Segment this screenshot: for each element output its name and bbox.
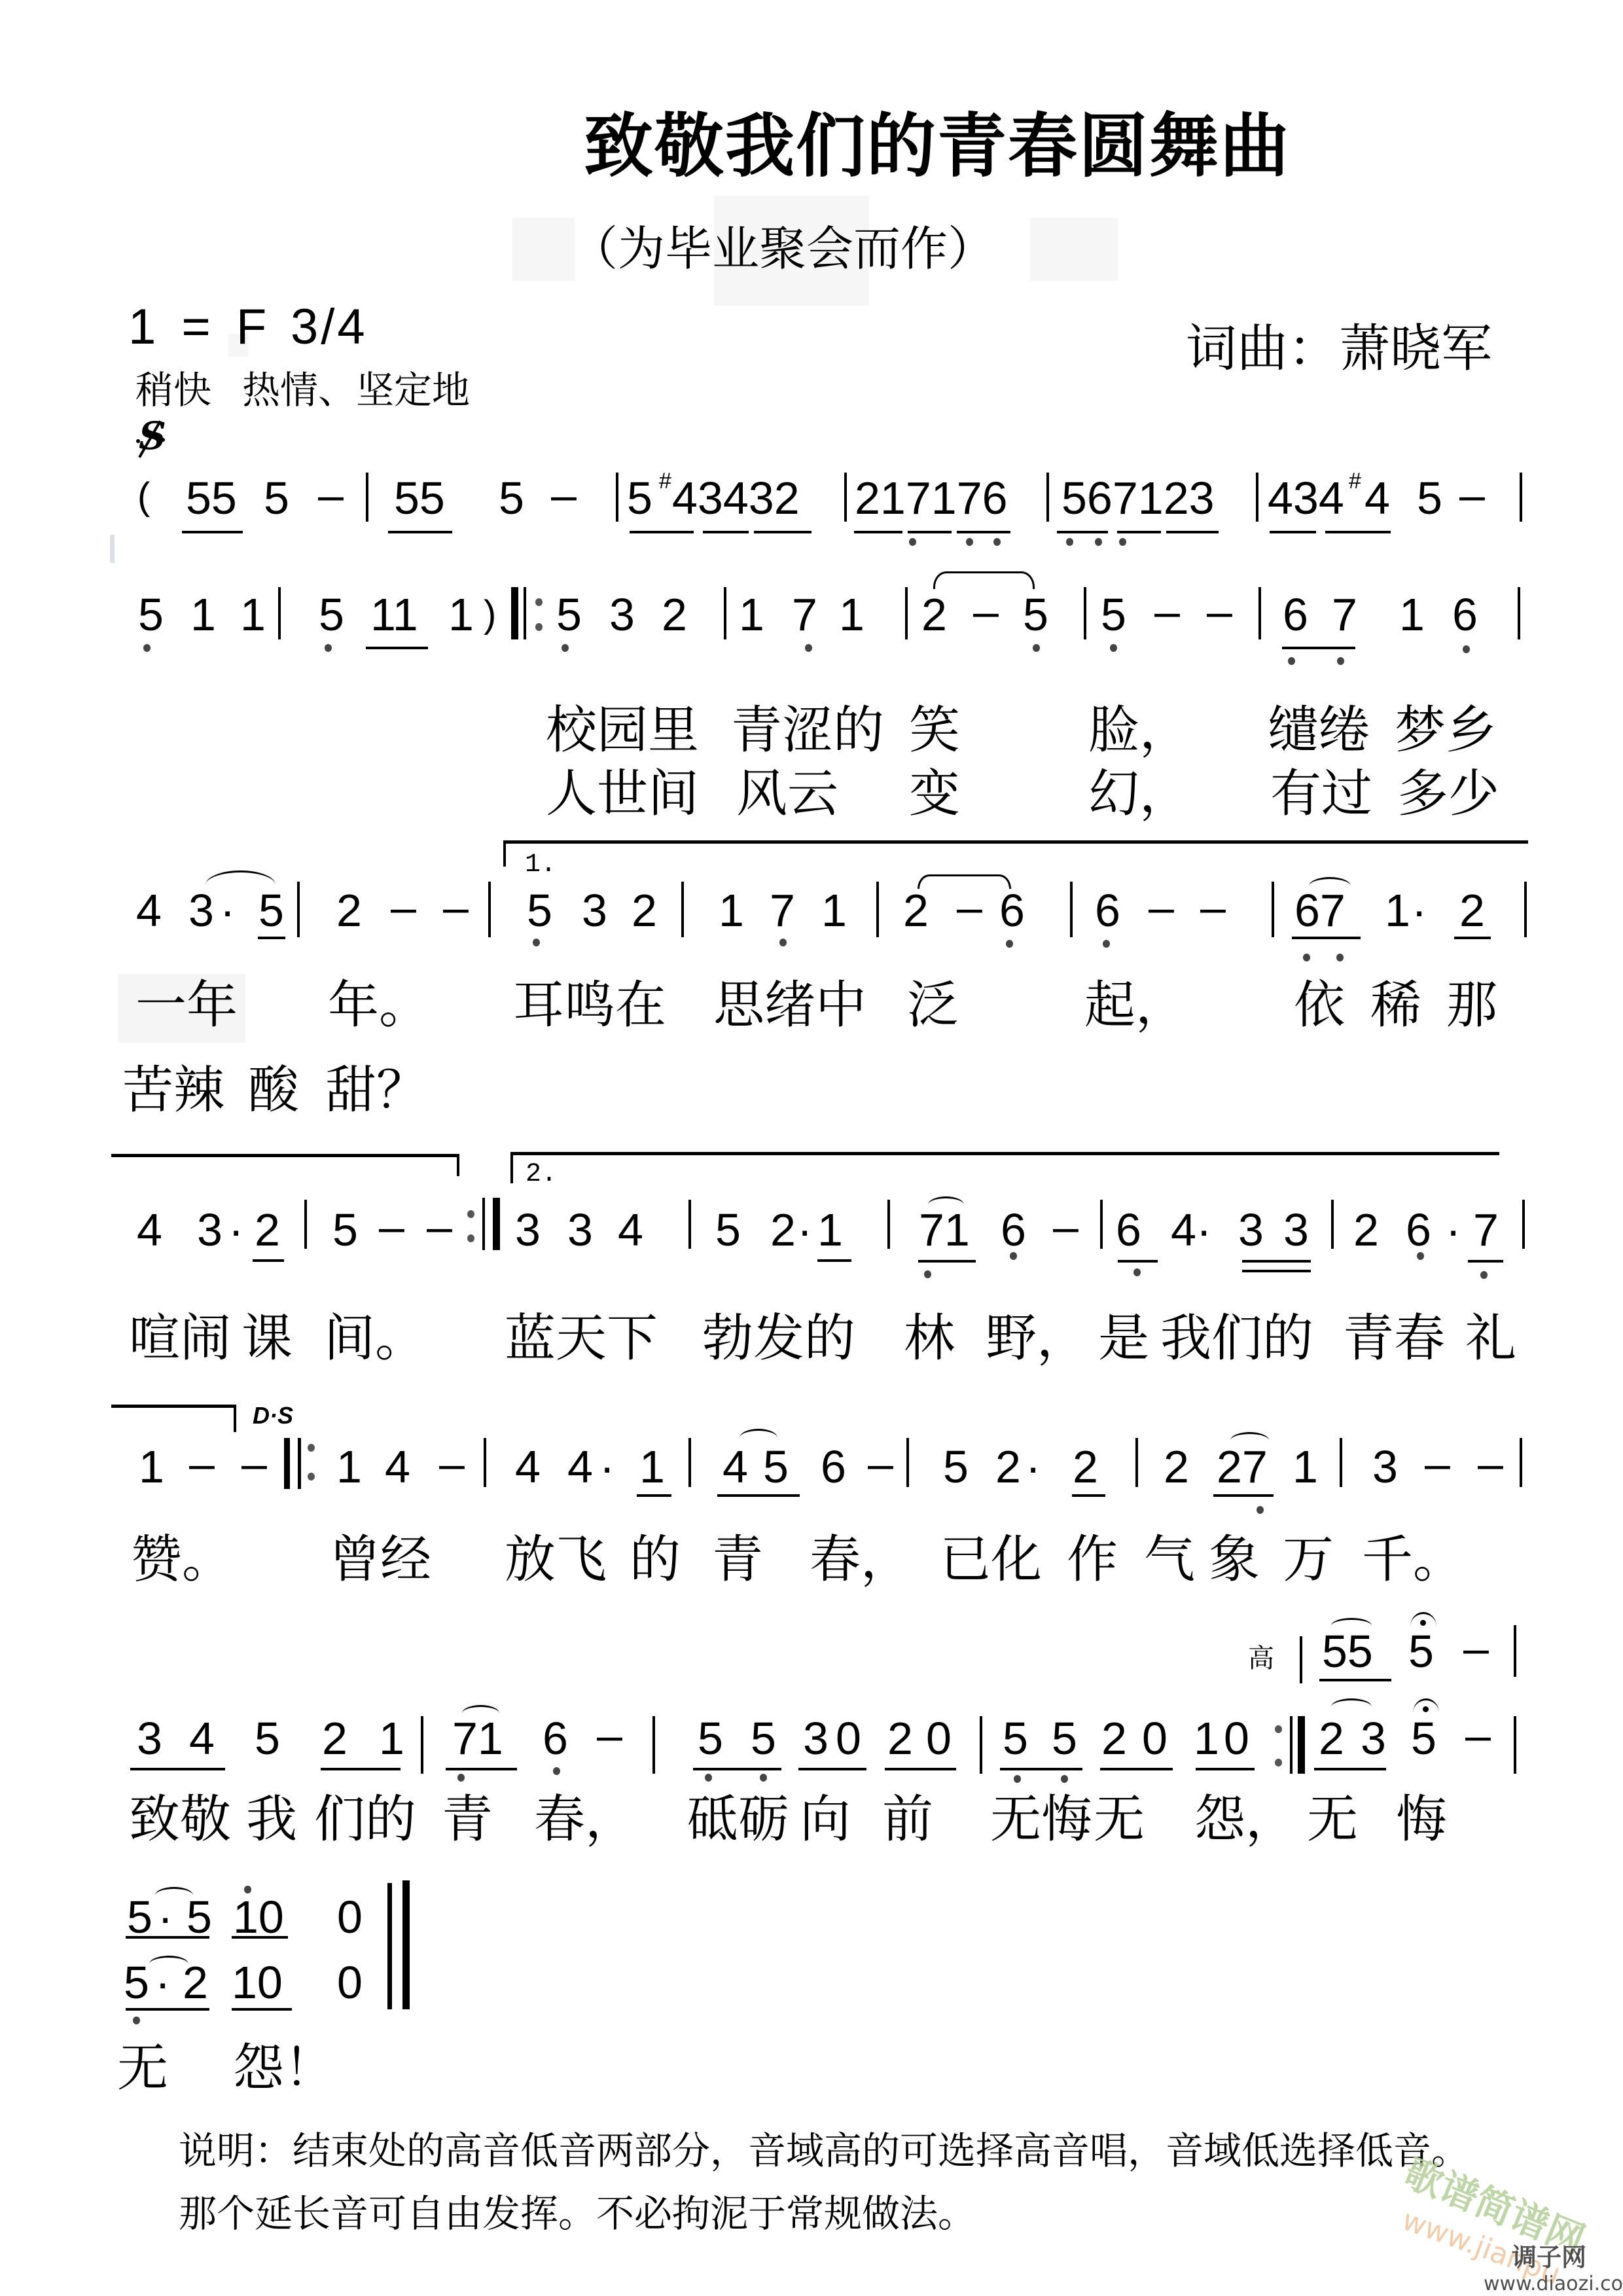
lyric: 砥砺: [687, 1794, 789, 1845]
note: 7: [1332, 592, 1357, 637]
lyric: 青: [712, 1534, 763, 1585]
lyric: 放飞: [505, 1534, 607, 1585]
note: 1: [639, 1444, 665, 1490]
bar-line: [681, 882, 684, 937]
low-octave-dot: [533, 939, 540, 946]
bar-line: [980, 1716, 982, 1774]
lyric: 那: [1446, 980, 1497, 1031]
repeat-dot: [535, 623, 543, 631]
note-group: 434: [1268, 475, 1344, 521]
low-octave-dot: [1095, 538, 1102, 546]
note: 2: [903, 888, 929, 933]
repeat-end-thin-bar: [482, 1198, 485, 1250]
note: 3: [1361, 1715, 1386, 1761]
note: 2: [632, 888, 657, 933]
sustain-dash: –: [973, 588, 999, 634]
note: 5: [1411, 1715, 1436, 1761]
low-octave-dot: [1110, 644, 1117, 652]
beam-underline: [637, 1494, 671, 1497]
sustain-dash: –: [1053, 1204, 1079, 1249]
bar-line: [876, 882, 879, 937]
note: 1: [1385, 888, 1410, 933]
note: 3: [1238, 1207, 1264, 1253]
bar-line: [1340, 1438, 1342, 1487]
lyric: 苦辣: [122, 1065, 224, 1116]
bar-line: [1272, 882, 1274, 937]
paren-close: ): [484, 596, 496, 634]
sustain-dash: –: [1207, 588, 1232, 634]
tie-arc: [918, 874, 1011, 889]
sustain-dash: –: [1463, 1625, 1489, 1671]
beam-underline: [1242, 1260, 1311, 1263]
lyric: 甜？: [325, 1065, 427, 1116]
lyric: 间。: [324, 1313, 426, 1364]
lyric: 起，: [1084, 980, 1186, 1031]
note-group: 567123: [1061, 475, 1215, 521]
repeat-dot: [467, 1234, 474, 1242]
lyric: 勃发的: [702, 1313, 855, 1364]
bar-line: [1514, 1716, 1516, 1774]
segno-icon: [135, 421, 165, 457]
low-octave-dot: [1066, 538, 1073, 546]
note-group: 43432: [672, 475, 800, 521]
bar-line: [905, 587, 908, 639]
rest: 0: [337, 1894, 363, 1940]
note: 2: [995, 1444, 1021, 1490]
low-octave-dot: [966, 538, 973, 546]
note: 4: [1171, 1207, 1196, 1253]
lyric: 喧闹: [129, 1313, 231, 1364]
note: 1: [719, 888, 744, 933]
lyric: 梦乡: [1395, 705, 1497, 756]
bar-line: [1524, 882, 1527, 937]
low-octave-dot: [1014, 1775, 1021, 1783]
note: 5: [1003, 1715, 1028, 1761]
note: 2: [921, 592, 947, 637]
low-octave-dot: [1257, 1506, 1264, 1514]
note: 5: [527, 888, 552, 933]
lyric: 一年: [135, 980, 238, 1031]
repeat-dot: [535, 598, 543, 606]
note: 3: [197, 1207, 223, 1253]
repeat-end-thick-bar: [493, 1198, 500, 1250]
beam-underline: [1292, 937, 1361, 939]
note: 4: [137, 1207, 162, 1253]
note: 7: [1473, 1207, 1499, 1253]
lyric: 无: [117, 2043, 168, 2094]
note: 2: [770, 1207, 796, 1253]
slur-arc: [740, 1429, 777, 1438]
note: 2: [336, 888, 362, 933]
note: 5: [255, 1715, 280, 1761]
sustain-dash: –: [1459, 472, 1485, 518]
low-octave-dot: [924, 1270, 931, 1278]
lyric: 笑: [909, 705, 960, 756]
lyric: 我: [246, 1794, 297, 1845]
lyric: 春，: [534, 1794, 636, 1845]
lyric: 校园里: [546, 705, 699, 756]
augmentation-dot: ·: [599, 1444, 615, 1490]
beam-underline: [1468, 1260, 1503, 1263]
slur-arc: [928, 1196, 964, 1205]
low-octave-dot: [779, 939, 787, 946]
sustain-dash: –: [427, 1204, 452, 1249]
beam-underline: [754, 531, 811, 533]
note-group: 71: [452, 1715, 503, 1761]
fermata-icon: [1413, 1698, 1439, 1713]
note: 5: [259, 888, 284, 933]
beam-underline: [1100, 1768, 1173, 1770]
note: 55: [394, 475, 445, 521]
repeat-dot: [308, 1444, 315, 1452]
lyric: 万: [1283, 1534, 1334, 1585]
lyric: 耳鸣在: [513, 980, 666, 1031]
rest: 0: [1142, 1715, 1168, 1761]
lyric: 泛: [907, 980, 958, 1031]
note: 5: [187, 1894, 212, 1940]
beam-underline: [258, 937, 285, 939]
bar-line: [1084, 587, 1086, 639]
low-octave-dot: [705, 1774, 712, 1782]
beam-underline: [918, 1260, 976, 1263]
sustain-dash: –: [443, 884, 469, 930]
sustain-dash: –: [1154, 588, 1180, 634]
lyric: 青涩的: [731, 705, 884, 756]
slur-arc: [205, 870, 276, 885]
slur-arc: [1230, 1432, 1269, 1441]
beam-underline: [1270, 531, 1316, 533]
bar-line: [906, 1438, 909, 1487]
explanation-line-1: 说明：结束处的高音低音两部分，音域高的可选择高音唱，音域低选择低音。: [179, 2132, 1469, 2170]
low-octave-dot: [993, 538, 1001, 546]
volta-1-bracket: [503, 840, 1528, 844]
repeat-start-thick-bar: [511, 587, 518, 639]
augmentation-dot: ·: [1026, 1444, 1041, 1490]
lyric: 礼: [1465, 1313, 1516, 1364]
note: 1: [190, 592, 216, 637]
low-octave-dot: [325, 644, 332, 652]
bar-line: [1518, 587, 1520, 639]
lyric: 多少: [1397, 768, 1499, 819]
note: 2: [1319, 1715, 1344, 1761]
note: 6: [999, 888, 1025, 933]
note: 1: [448, 592, 474, 637]
composer-credits: 词曲：萧晓军: [1186, 323, 1492, 374]
note: 3: [609, 592, 635, 637]
lyric: 的: [630, 1534, 681, 1585]
note: 5: [1023, 592, 1048, 637]
note: 5: [332, 1207, 358, 1253]
note: 2: [322, 1715, 348, 1761]
note: 6: [1452, 592, 1478, 637]
sustain-dash: –: [868, 1441, 893, 1486]
note: 2: [1353, 1207, 1379, 1253]
beam-underline: [1166, 531, 1219, 533]
low-octave-dot: [1119, 538, 1126, 546]
lyric: 是: [1098, 1313, 1149, 1364]
bar-line: [484, 1438, 486, 1487]
beam-underline: [253, 1259, 284, 1262]
beam-underline: [1196, 1768, 1255, 1770]
lyric: 象: [1209, 1534, 1260, 1585]
note: 2: [255, 1207, 280, 1253]
note: 5: [124, 1960, 149, 2005]
sustain-dash: –: [189, 1441, 215, 1486]
note: 4: [515, 1444, 541, 1490]
scan-artifact: [1030, 218, 1118, 281]
note: 3: [582, 888, 607, 933]
note-group: 11: [370, 592, 418, 637]
repeat-dot: [1275, 1725, 1282, 1733]
volta-1-label: 1.: [525, 852, 556, 878]
note: 3: [1372, 1444, 1398, 1490]
bar-line: [724, 587, 726, 639]
tie-arc: [933, 571, 1035, 589]
sharp-sign: #: [659, 470, 671, 492]
sustain-dash: –: [597, 1712, 622, 1758]
beam-underline: [1325, 531, 1391, 533]
note: 6: [1406, 1207, 1431, 1253]
lyric: 无悔: [990, 1794, 1092, 1845]
lyric: 气: [1144, 1534, 1195, 1585]
sustain-dash: –: [1465, 1712, 1491, 1758]
lyric: 春，: [810, 1534, 912, 1585]
note: 5: [499, 475, 524, 521]
repeat-start-thin-bar: [524, 587, 526, 639]
beam-underline: [446, 1768, 517, 1770]
note: 5: [1408, 1628, 1434, 1674]
bar-line: [297, 882, 300, 937]
low-octave-dot: [1337, 657, 1344, 665]
low-octave-dot: [1103, 940, 1110, 948]
slur-arc: [1331, 1698, 1372, 1707]
note: 1: [839, 592, 865, 637]
rest: 0: [1224, 1715, 1249, 1761]
scan-artifact: [512, 218, 575, 281]
fermata-icon: [1410, 1612, 1436, 1626]
note: 4: [618, 1207, 643, 1253]
note: 6: [1001, 1207, 1026, 1253]
volta-1-bracket-edge: [503, 840, 506, 867]
note: 5: [943, 1444, 969, 1490]
augmentation-dot: ·: [1196, 1207, 1211, 1253]
note: 7: [792, 592, 817, 637]
sustain-dash: –: [957, 884, 982, 930]
note: 2: [662, 592, 687, 637]
bar-line: [1300, 1636, 1302, 1683]
bar-line: [366, 473, 368, 522]
beam-underline: [1454, 937, 1491, 939]
note: 7: [770, 888, 795, 933]
lyric: 前: [882, 1794, 933, 1845]
beam-underline: [798, 1768, 866, 1770]
bar-line: [1331, 1200, 1334, 1249]
lyric: 无: [1307, 1794, 1358, 1845]
low-octave-dot: [1303, 954, 1310, 961]
note: 2: [887, 1715, 913, 1761]
paren-open: (: [137, 478, 150, 516]
lyric: 依: [1294, 980, 1345, 1031]
note: 2: [1164, 1444, 1189, 1490]
note: 3: [1283, 1207, 1309, 1253]
bar-line: [1256, 473, 1258, 522]
note-group: 67: [1294, 888, 1346, 933]
beam-underline: [1213, 1494, 1274, 1497]
lyric: 脸，: [1088, 705, 1190, 756]
repeat-start-thick-bar: [284, 1438, 290, 1489]
slur-arc: [1309, 877, 1351, 886]
expression-marking: 热情、坚定地: [242, 371, 470, 409]
note-group: 55: [1322, 1628, 1373, 1674]
note: 2: [1101, 1715, 1127, 1761]
note: 1: [240, 592, 266, 637]
beam-underline: [717, 1494, 800, 1497]
note: 3: [137, 1715, 162, 1761]
bar-line: [1100, 1200, 1103, 1249]
beam-underline: [1314, 1768, 1386, 1770]
lyric: 无: [1094, 1794, 1145, 1845]
sustain-dash: –: [318, 472, 344, 518]
bar-line: [1135, 1438, 1138, 1487]
repeat-end-thick-bar: [1298, 1716, 1305, 1774]
sustain-dash: –: [1478, 1441, 1503, 1486]
volta-2-bracket-edge: [510, 1152, 513, 1183]
beam-underline: [388, 531, 452, 533]
beam-underline: [703, 531, 749, 533]
note: 55: [186, 475, 237, 521]
augmentation-dot: ·: [155, 1960, 170, 2005]
beam-underline: [232, 2008, 292, 2011]
note: 5: [1052, 1715, 1077, 1761]
explanation-line-2: 那个延长音可自由发挥。不必拘泥于常规做法。: [179, 2195, 976, 2233]
low-octave-dot: [1336, 954, 1344, 961]
note: 6: [543, 1715, 568, 1761]
sharp-sign: #: [1349, 470, 1361, 492]
high-octave-dot: [244, 1886, 251, 1893]
note: 4: [385, 1444, 410, 1490]
augmentation-dot: ·: [220, 888, 235, 933]
lyric: 有过: [1270, 768, 1372, 819]
sustain-dash: –: [439, 1441, 465, 1486]
lyric: 思绪中: [713, 980, 866, 1031]
low-octave-dot: [1288, 657, 1295, 665]
bar-line: [688, 1200, 691, 1249]
low-octave-dot: [1133, 1268, 1141, 1276]
note-group: 217176: [855, 475, 1008, 521]
lyric: 幻，: [1088, 768, 1190, 819]
beam-underline: [817, 1259, 851, 1262]
volta-2-label: 2.: [526, 1162, 557, 1188]
note-group: 71: [919, 1207, 970, 1253]
bar-line: [1258, 587, 1261, 639]
beam-underline: [1057, 531, 1108, 533]
low-octave-dot: [562, 644, 569, 652]
note: 5: [715, 1207, 741, 1253]
lyric: 课: [241, 1313, 293, 1364]
augmentation-dot: ·: [228, 1207, 243, 1253]
note: 5: [264, 475, 289, 521]
note: 3: [567, 1207, 593, 1253]
low-octave-dot: [1480, 1271, 1488, 1279]
lyric: 向: [800, 1794, 851, 1845]
beam-underline: [366, 647, 428, 649]
note-group: 10: [232, 1960, 283, 2005]
bar-line: [488, 882, 491, 937]
bar-line: [887, 1200, 890, 1249]
bar-line: [421, 1716, 423, 1774]
page-title: 致敬我们的青春圆舞曲: [584, 112, 1291, 181]
beam-underline: [126, 1936, 209, 1939]
note: 1: [1293, 1444, 1318, 1490]
volta-1-bracket-edge: [457, 1154, 459, 1176]
beam-underline: [1072, 1494, 1105, 1497]
volta-2-bracket-end: [111, 1405, 236, 1408]
key-signature: 1 = F: [128, 302, 269, 352]
beam-underline: [854, 531, 902, 533]
lyric: 年。: [328, 980, 430, 1031]
bar-line: [844, 473, 847, 522]
note: 6: [1116, 1207, 1141, 1253]
note: 5: [127, 1894, 152, 1940]
beam-underline: [232, 1936, 288, 1939]
note-group: 10: [233, 1894, 284, 1940]
note: 4: [189, 1715, 215, 1761]
low-octave-dot: [457, 1774, 465, 1782]
bar-line: [1520, 1438, 1522, 1487]
lyric: 作: [1067, 1534, 1118, 1585]
lyric: 千。: [1362, 1534, 1464, 1585]
augmentation-dot: ·: [797, 1207, 812, 1253]
sustain-dash: –: [391, 884, 416, 930]
low-octave-dot: [1010, 1252, 1017, 1260]
note: 1: [336, 1444, 362, 1490]
bar-line: [278, 587, 281, 639]
rest: 0: [926, 1715, 952, 1761]
augmentation-dot: ·: [1446, 1207, 1461, 1253]
note: 4: [1364, 475, 1390, 521]
beam-underline: [885, 1768, 956, 1770]
note: 6: [1283, 592, 1308, 637]
scan-artifact: [110, 535, 115, 563]
repeat-dot: [1275, 1759, 1282, 1767]
low-octave-dot: [909, 538, 916, 546]
note: 4: [722, 1444, 748, 1490]
low-octave-dot: [1463, 645, 1470, 653]
watermark-brand-url: www.diaozi.com: [1484, 2274, 1623, 2294]
beam-underline: [126, 2008, 209, 2011]
note: 4: [136, 888, 162, 933]
bar-line: [688, 1438, 691, 1487]
lyric: 青春: [1343, 1313, 1445, 1364]
bar-line: [1046, 473, 1049, 522]
beam-underline: [908, 531, 952, 533]
watermark-brand-name: 调子网: [1512, 2245, 1586, 2270]
low-octave-dot: [1061, 1775, 1068, 1783]
lyric: 们的: [314, 1794, 416, 1845]
note: 2: [1459, 888, 1485, 933]
beam-underline: [957, 531, 1010, 533]
beam-underline-double: [1242, 1270, 1311, 1272]
bar-line: [1514, 1625, 1516, 1677]
note: 6: [1095, 888, 1120, 933]
note: 1: [1194, 1715, 1219, 1761]
note: 5: [698, 1715, 723, 1761]
lyric: 林: [904, 1313, 955, 1364]
low-octave-dot: [805, 644, 812, 652]
augmentation-dot: ·: [158, 1894, 173, 1940]
bar-line: [1070, 882, 1073, 937]
note: 3: [188, 888, 214, 933]
